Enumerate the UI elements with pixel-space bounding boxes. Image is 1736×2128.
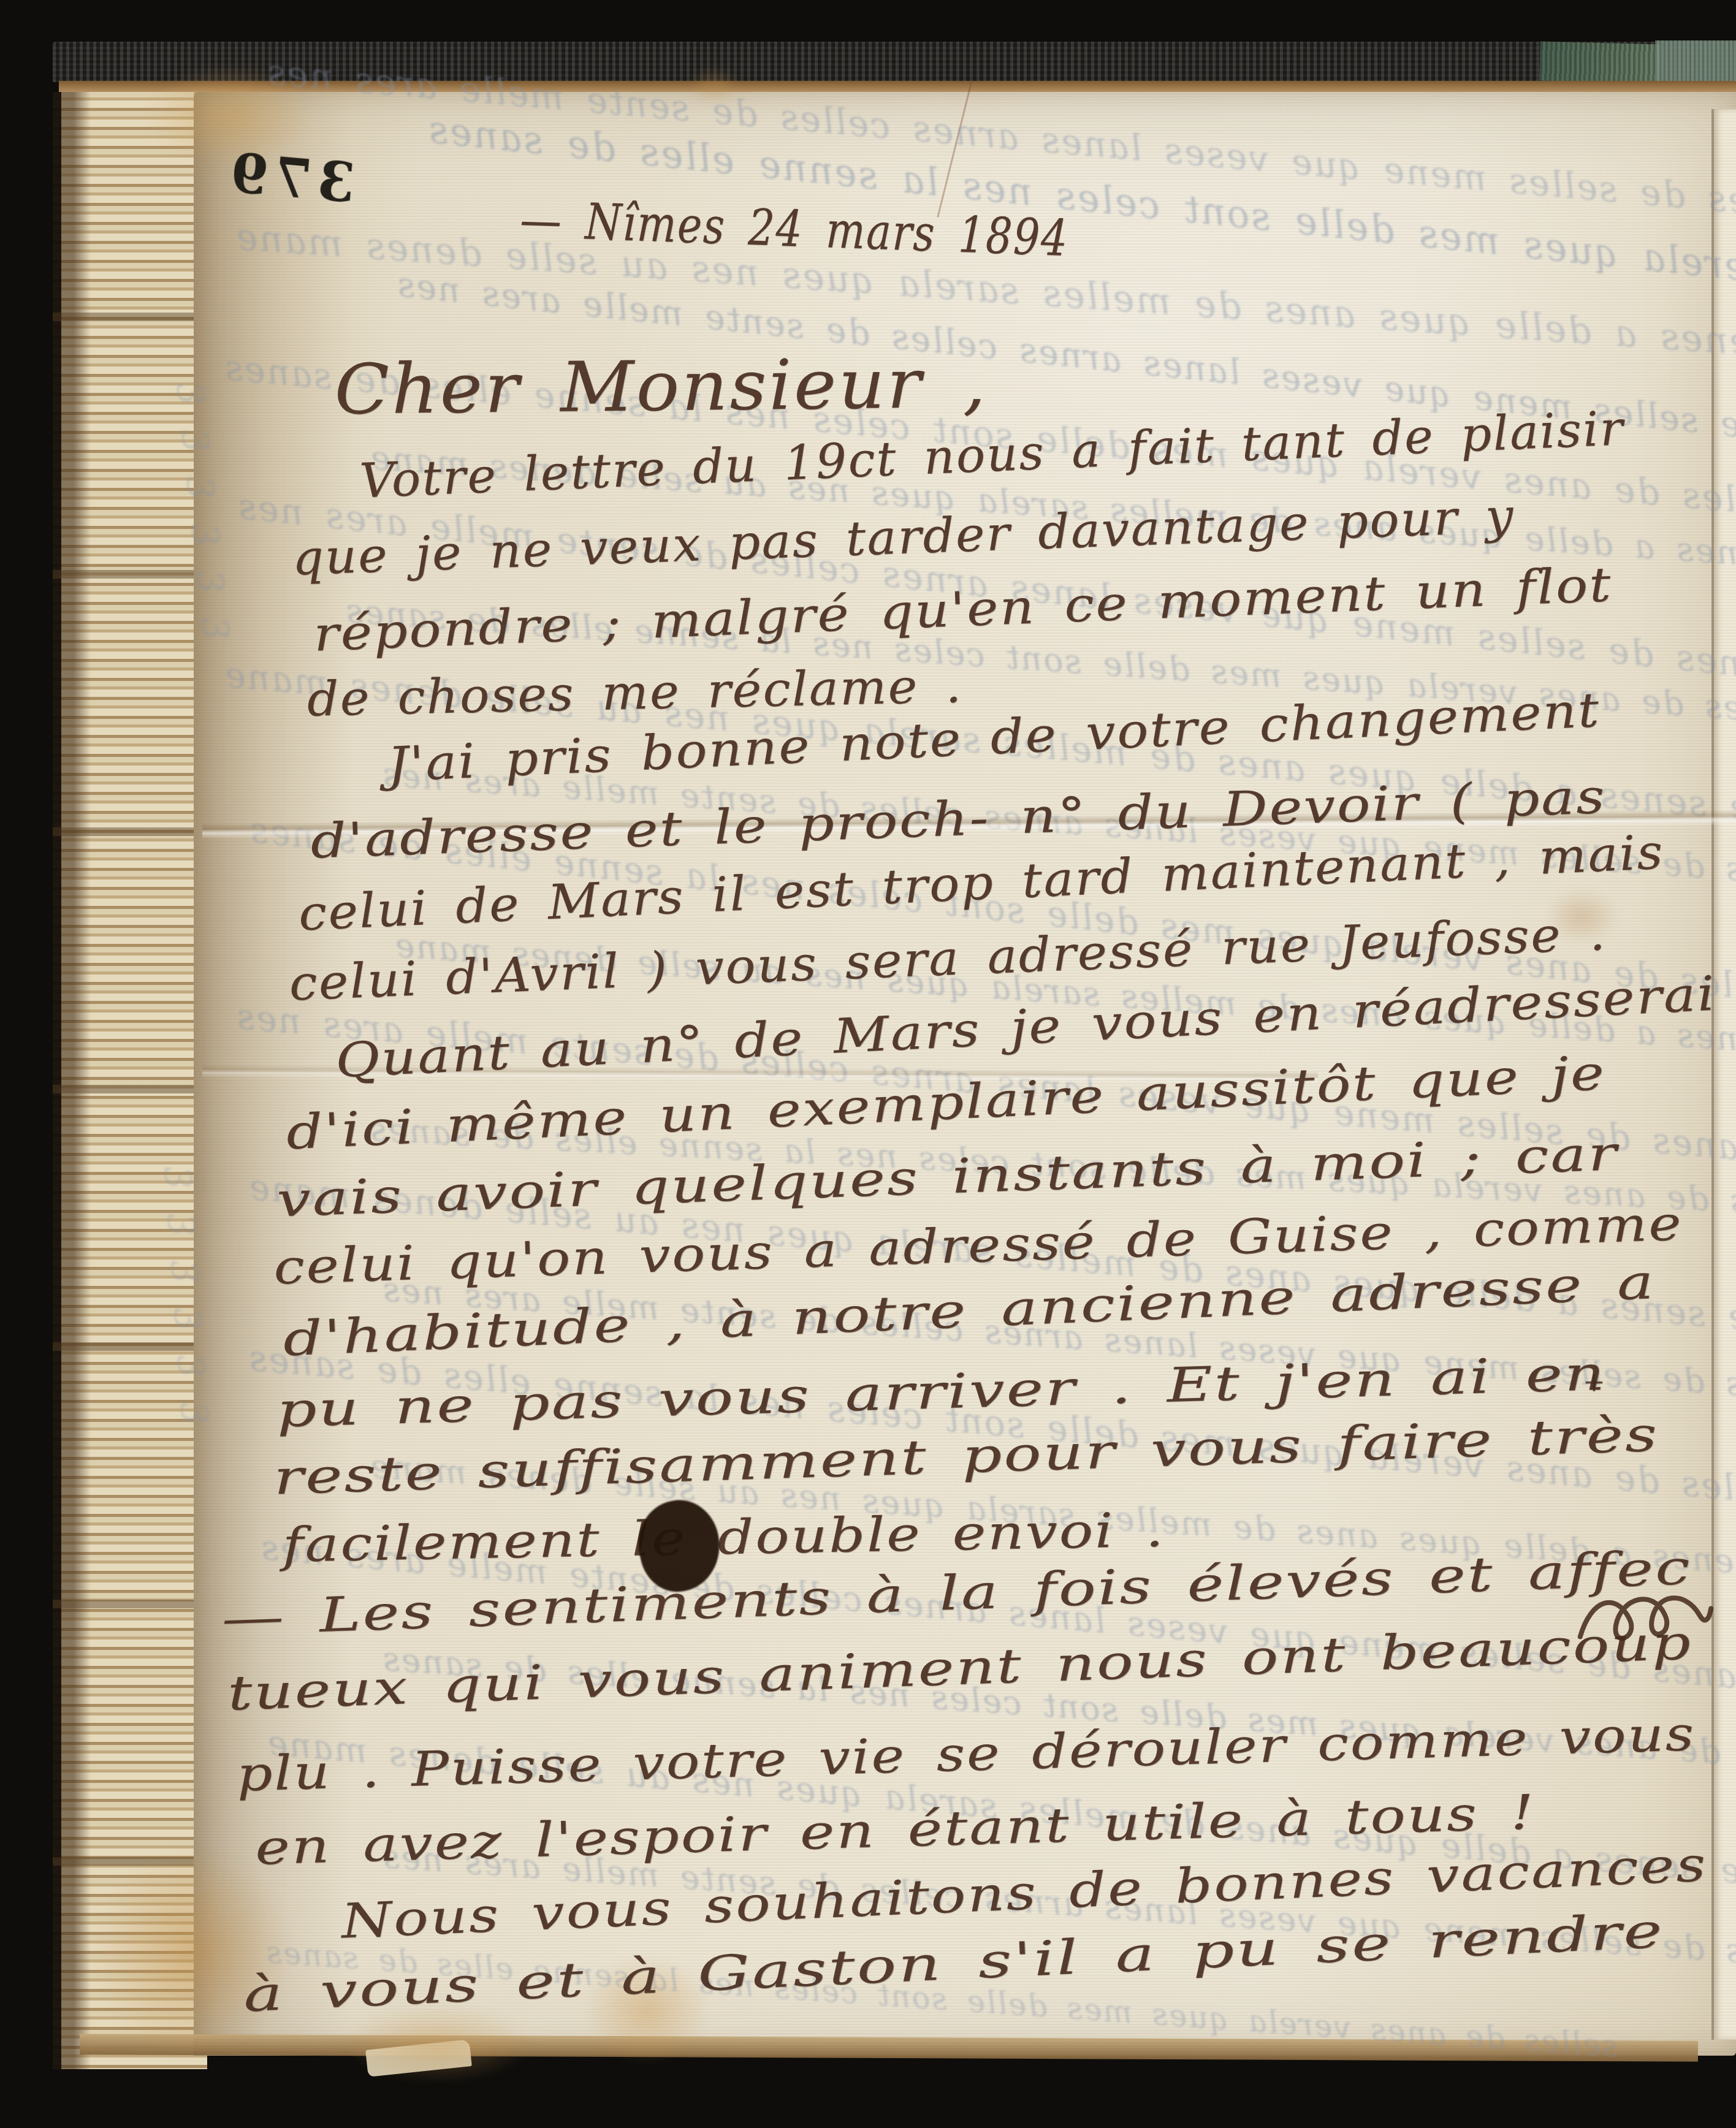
insertion-mark: + [1583, 1367, 1605, 1398]
letter-salutation: Cher Monsieur , [334, 344, 988, 430]
page-number-stamp: 379 [222, 140, 358, 215]
cloth-fray-patch [1655, 40, 1736, 83]
stain [92, 1845, 294, 2059]
scanned-book-photo: anes de selles mene que veses lanes arne… [0, 0, 1736, 2128]
cloth-fray-patch [1539, 41, 1661, 83]
